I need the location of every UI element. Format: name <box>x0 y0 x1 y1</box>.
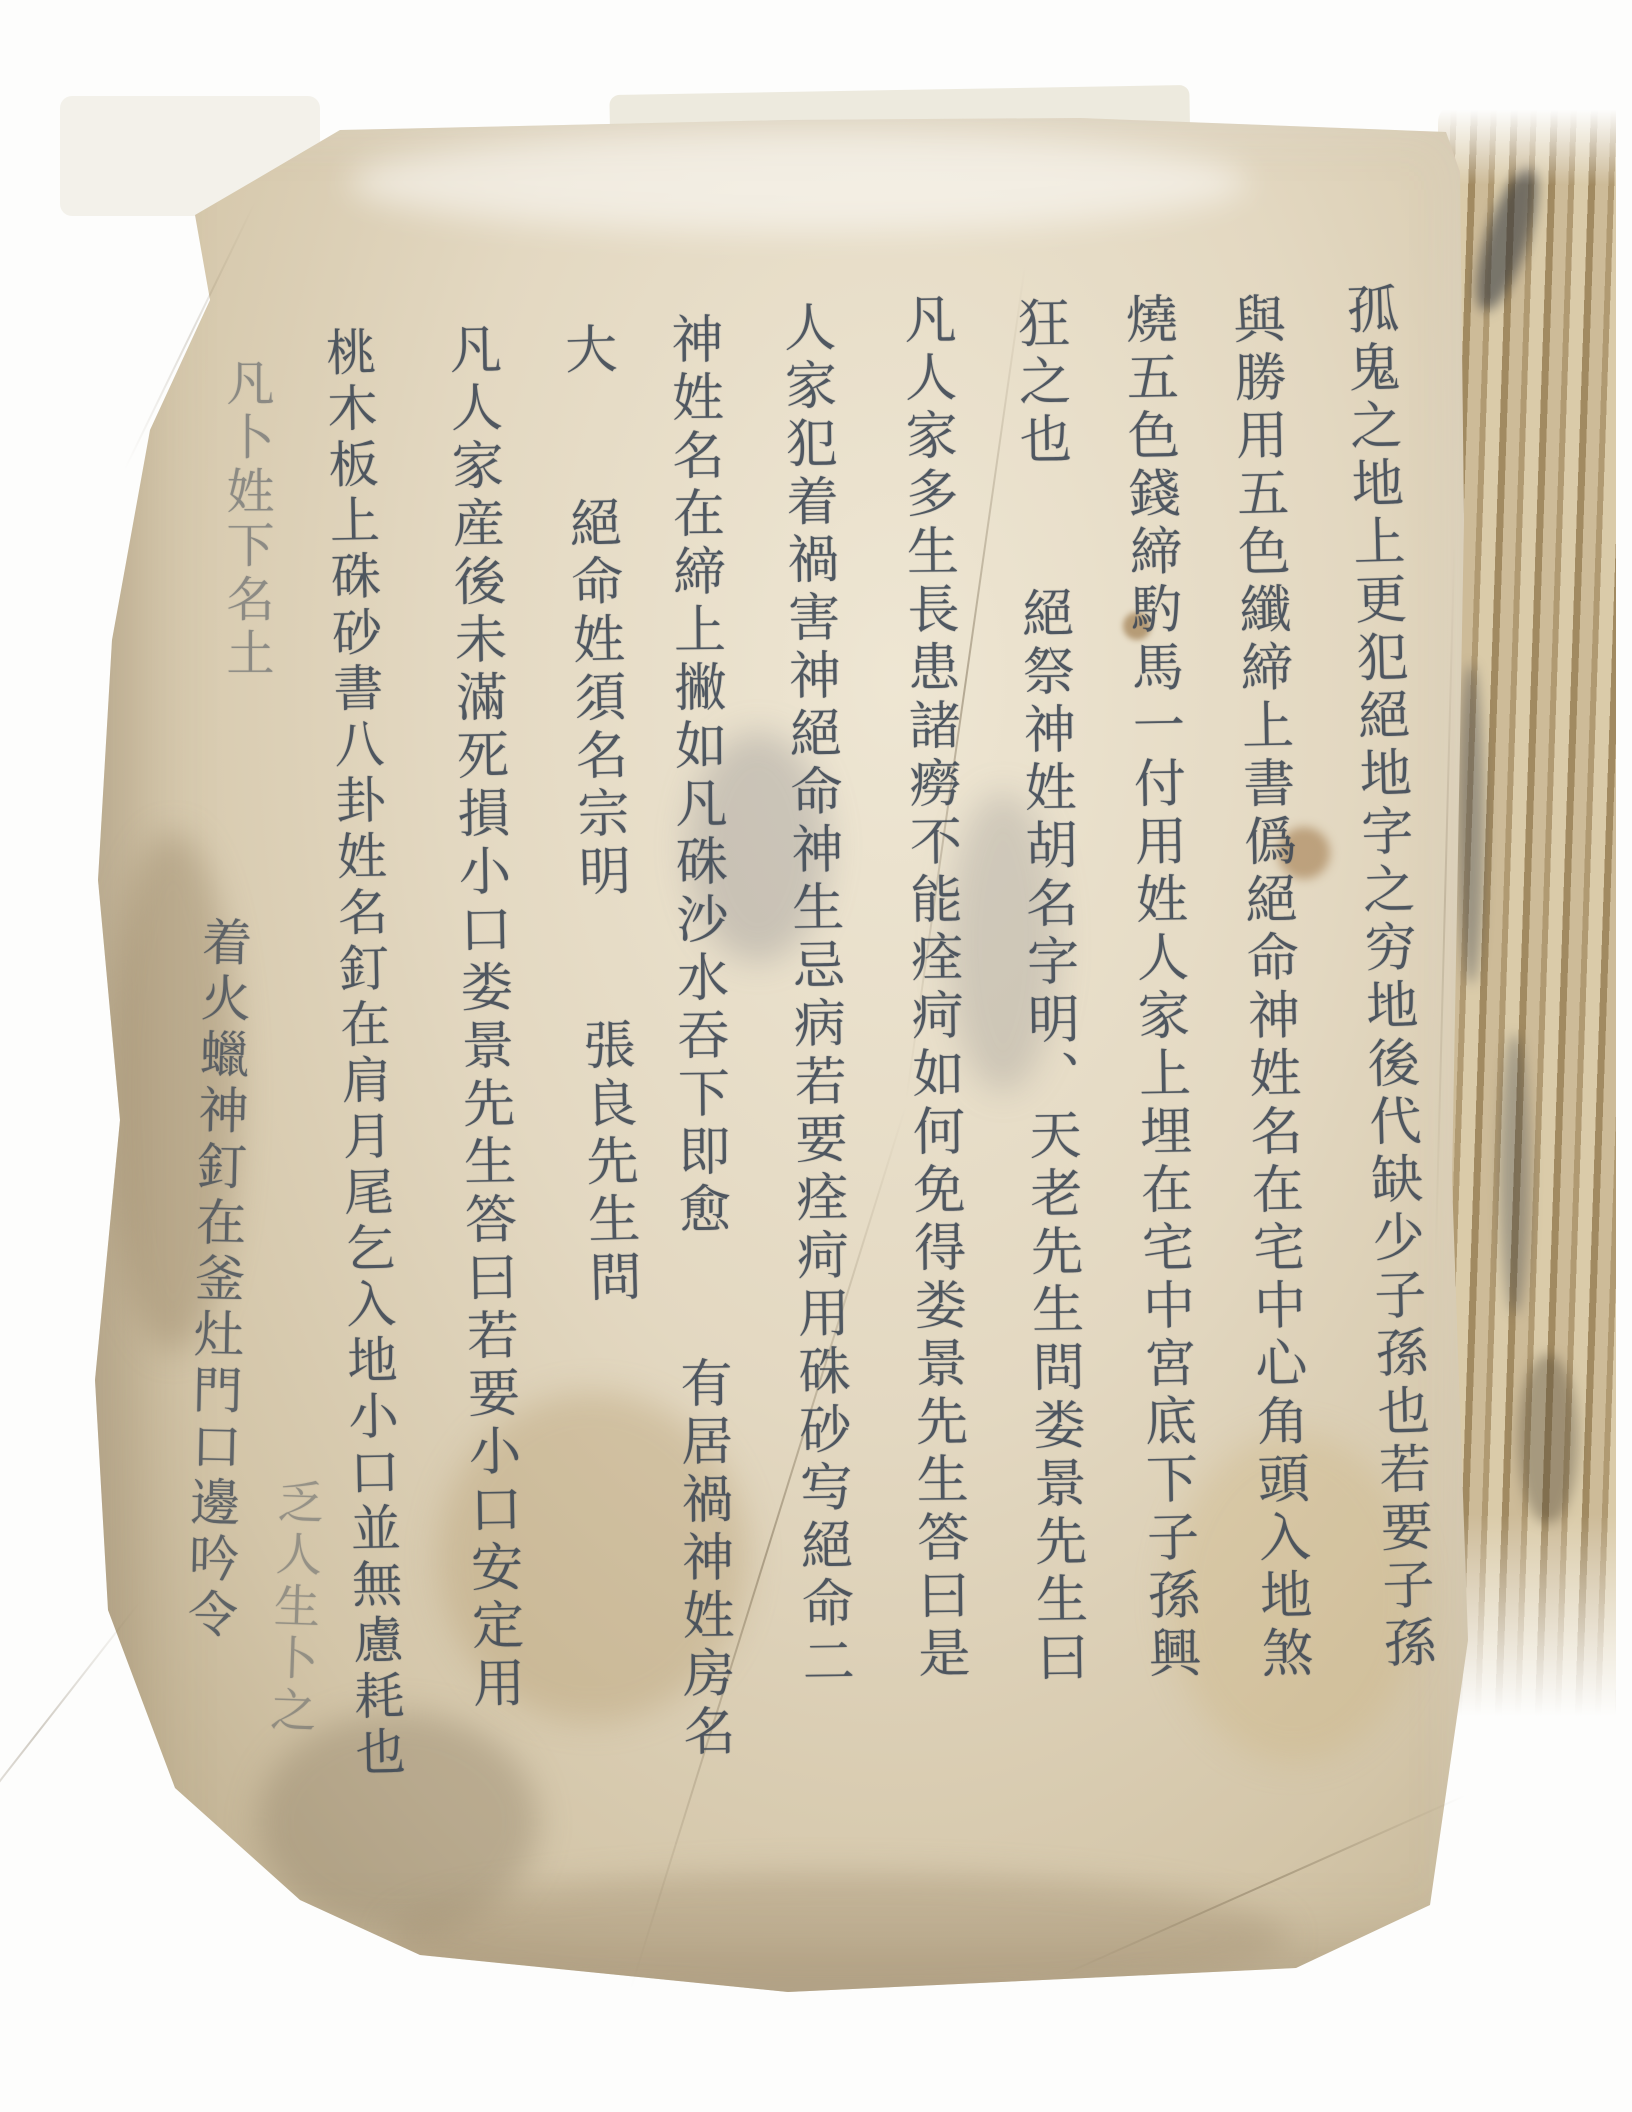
text-column: 神姓名在締上撇如凡硃沙水吞下即愈 有居禍神姓房名 <box>646 312 751 1763</box>
manuscript-photo: 孤鬼之地上更犯絕地字之穷地後代缺少子孫也若要子孫 與勝用五色纖締上書僞絕命神姓名… <box>0 0 1632 2112</box>
text-column-faded: 乏人生卜之 <box>243 1476 344 1739</box>
ink-smudge <box>1500 1034 1530 1314</box>
ink-smudge <box>1518 1354 1578 1524</box>
text-column: 狂之也 絕祭神姓胡名字明、天老先生問娄景先生曰 <box>992 295 1103 1688</box>
paper-highlight <box>348 132 1248 232</box>
text-column: 人家犯着禍害神絕命神生忌病若要痊疴用硃砂㝍絕命二 <box>758 299 869 1692</box>
book-fore-edge-pages <box>1438 104 1616 1734</box>
paper-stain <box>388 1872 1288 2002</box>
ink-smudge <box>1458 664 1484 984</box>
text-column: 凡人家多生長患諸癆不能痊疴如何免得娄景先生答曰是 <box>879 292 986 1685</box>
text-column-faded: 凡卜姓下名土 <box>200 358 292 682</box>
edge-fade <box>1438 104 1616 194</box>
